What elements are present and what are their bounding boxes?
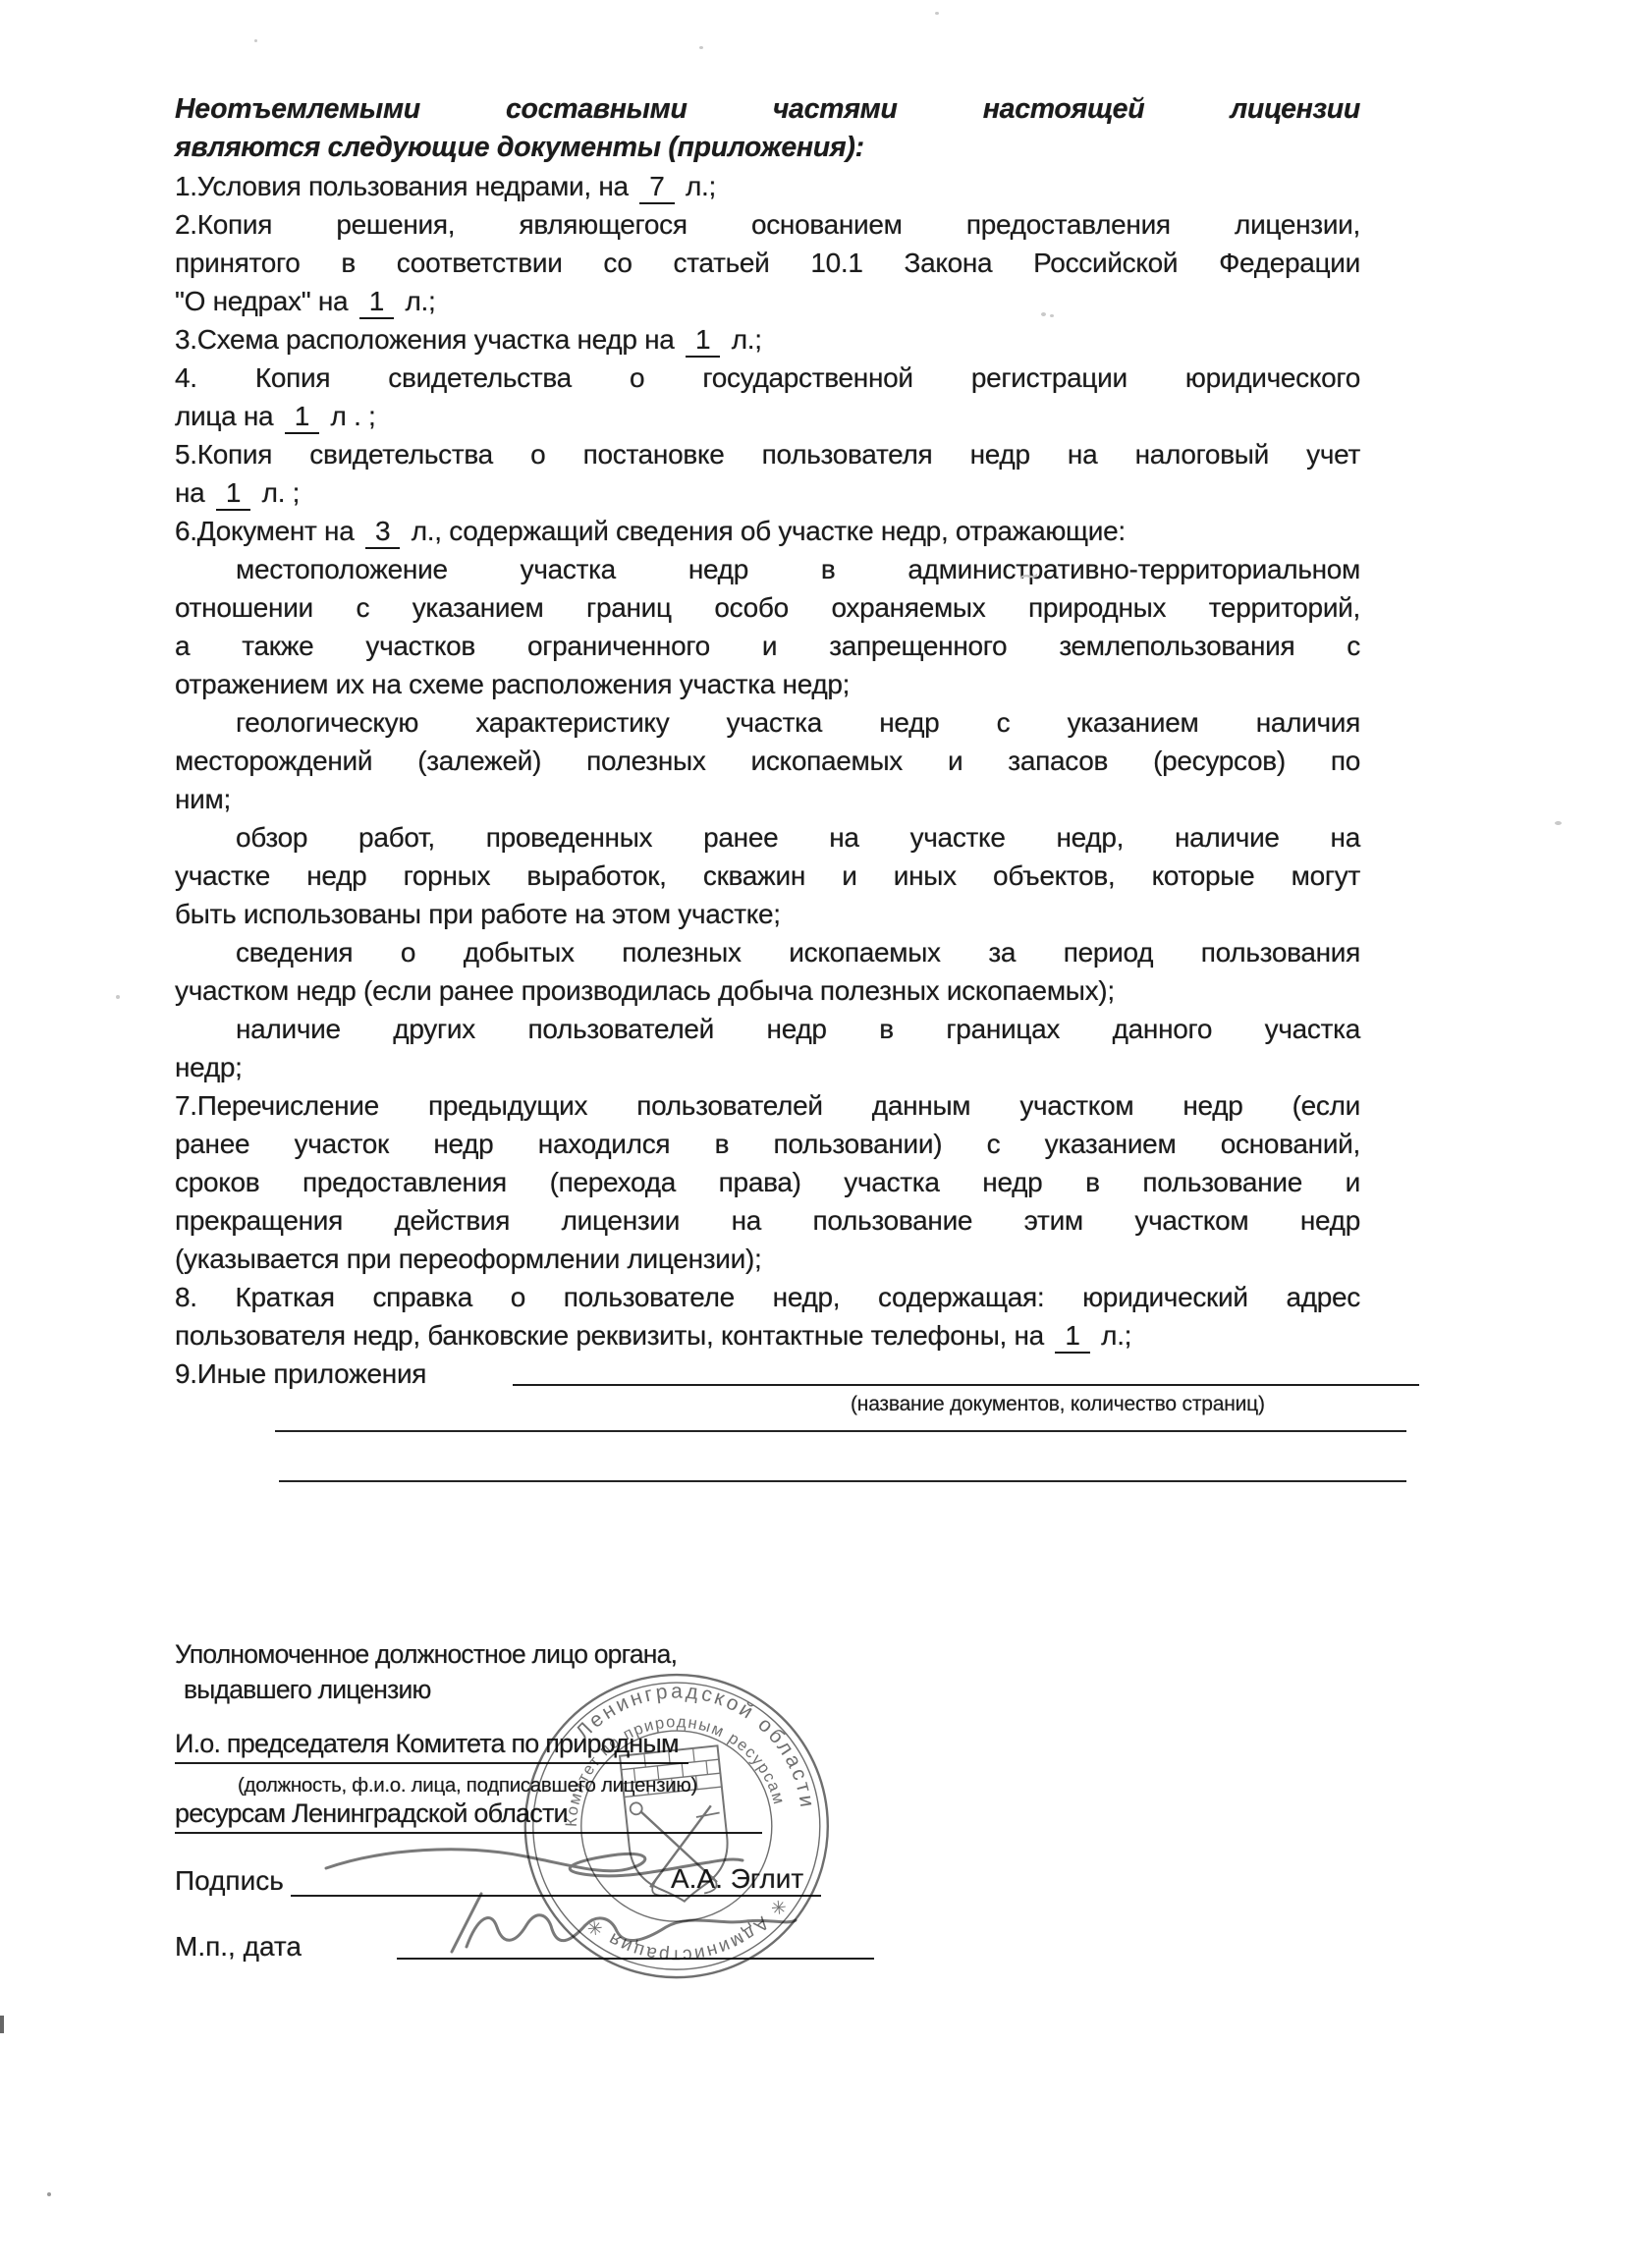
list-item-line: отношении с указанием границ особо охран… — [175, 588, 1360, 627]
list-item-line: 2.Копия решения, являющегося основанием … — [175, 205, 1360, 244]
list-item-line: 7.Перечисление предыдущих пользователей … — [175, 1086, 1360, 1125]
list-item-line: участком недр (если ранее производилась … — [175, 971, 1360, 1010]
scan-artifact — [0, 2016, 4, 2033]
document-body: Неотъемлемыми составными частями настоящ… — [175, 90, 1360, 1482]
sheet-count-blank: 1 — [359, 286, 394, 319]
sheet-count-blank: 7 — [639, 171, 674, 204]
list-item: 4. Копия свидетельства о государственной… — [175, 359, 1360, 435]
list-item-line: лица на 1 л . ; — [175, 397, 1360, 435]
list-item-line: (указывается при переоформлении лицензии… — [175, 1240, 1360, 1278]
list-item-line: участке недр горных выработок, скважин и… — [175, 857, 1360, 895]
sheet-count-blank: 1 — [686, 324, 720, 358]
handwritten-signature — [304, 1819, 972, 1976]
list-item: наличие других пользователей недр в гран… — [175, 1010, 1360, 1086]
sheet-count-blank: 1 — [1055, 1320, 1089, 1354]
list-item-line: 4. Копия свидетельства о государственной… — [175, 359, 1360, 397]
list-item: 1.Условия пользования недрами, на 7 л.; — [175, 167, 1360, 205]
issuer-official-line1: Уполномоченное должностное лицо органа, — [175, 1639, 677, 1670]
blank-line — [279, 1480, 1406, 1482]
list-item-line: "О недрах" на 1 л.; — [175, 282, 1360, 320]
list-item-line: месторождений (залежей) полезных ископае… — [175, 742, 1360, 780]
list-item-line: принятого в соответствии со статьей 10.1… — [175, 244, 1360, 282]
list-item-line: обзор работ, проведенных ранее на участк… — [175, 818, 1360, 857]
list-item: местоположение участка недр в администра… — [175, 550, 1360, 703]
fill-in-line — [513, 1384, 1419, 1386]
list-item-line: геологическую характеристику участка нед… — [175, 703, 1360, 742]
list-item-line: ним; — [175, 780, 1360, 818]
list-item-line: недр; — [175, 1048, 1360, 1086]
list-item: 8. Краткая справка о пользователе недр, … — [175, 1278, 1360, 1355]
list-item-line: отражением их на схеме расположения учас… — [175, 665, 1360, 703]
list-item: 7.Перечисление предыдущих пользователей … — [175, 1086, 1360, 1278]
sheet-count-blank: 1 — [216, 477, 250, 511]
scan-artifact — [116, 995, 120, 999]
stamp-date-label: М.п., дата — [175, 1931, 302, 1963]
signature-strokes-svg — [304, 1819, 972, 1976]
signature-stroke — [452, 1894, 796, 1952]
list-item-line: сроков предоставления (перехода права) у… — [175, 1163, 1360, 1201]
list-item-line: а также участков ограниченного и запреще… — [175, 627, 1360, 665]
signature-label: Подпись — [175, 1865, 284, 1897]
scan-artifact — [699, 46, 703, 49]
fill-in-caption: (название документов, количество страниц… — [851, 1385, 1360, 1423]
scan-artifact — [1041, 312, 1046, 316]
list-item-line: местоположение участка недр в администра… — [175, 550, 1360, 588]
list-item: 5.Копия свидетельства о постановке польз… — [175, 435, 1360, 512]
scan-artifact — [1555, 821, 1562, 825]
scanned-license-page: { "page": { "background": "#ffffff", "in… — [0, 0, 1650, 2268]
list-item-line: 6.Документ на 3 л., содержащий сведения … — [175, 512, 1360, 550]
list-item-line: быть использованы при работе на этом уча… — [175, 895, 1360, 933]
scan-artifact — [935, 12, 939, 15]
list-item-line: прекращения действия лицензии на пользов… — [175, 1201, 1360, 1240]
document-heading-line: Неотъемлемыми составными частями настоящ… — [175, 90, 1360, 129]
sheet-count-blank: 3 — [365, 516, 400, 549]
list-item: геологическую характеристику участка нед… — [175, 703, 1360, 818]
list-item: сведения о добытых полезных ископаемых з… — [175, 933, 1360, 1010]
scan-artifact — [254, 39, 257, 42]
list-item-line: на 1 л. ; — [175, 473, 1360, 512]
scan-artifact — [1050, 314, 1054, 317]
list-item-line: сведения о добытых полезных ископаемых з… — [175, 933, 1360, 971]
sheet-count-blank: 1 — [285, 401, 319, 434]
list-item: 6.Документ на 3 л., содержащий сведения … — [175, 512, 1360, 550]
list-item-line: пользователя недр, банковские реквизиты,… — [175, 1316, 1360, 1355]
issuer-official-line2: выдавшего лицензию — [184, 1675, 431, 1705]
attachments-list: 1.Условия пользования недрами, на 7 л.;2… — [175, 167, 1360, 1355]
list-item-line: 1.Условия пользования недрами, на 7 л.; — [175, 167, 1360, 205]
list-item: обзор работ, проведенных ранее на участк… — [175, 818, 1360, 933]
document-heading-line: являются следующие документы (приложения… — [175, 129, 1360, 167]
other-attachments-label: 9.Иные приложения — [175, 1355, 426, 1393]
list-item-line: 8. Краткая справка о пользователе недр, … — [175, 1278, 1360, 1316]
list-item-line: наличие других пользователей недр в гран… — [175, 1010, 1360, 1048]
blank-line — [275, 1430, 1406, 1432]
list-item: 3.Схема расположения участка недр на 1 л… — [175, 320, 1360, 359]
scan-artifact — [47, 2192, 51, 2196]
list-item-line: 3.Схема расположения участка недр на 1 л… — [175, 320, 1360, 359]
list-item-line: 5.Копия свидетельства о постановке польз… — [175, 435, 1360, 473]
list-item: 2.Копия решения, являющегося основанием … — [175, 205, 1360, 320]
signature-stroke — [326, 1850, 742, 1876]
document-heading: Неотъемлемыми составными частями настоящ… — [175, 90, 1360, 167]
list-item-line: ранее участок недр находился в пользован… — [175, 1125, 1360, 1163]
